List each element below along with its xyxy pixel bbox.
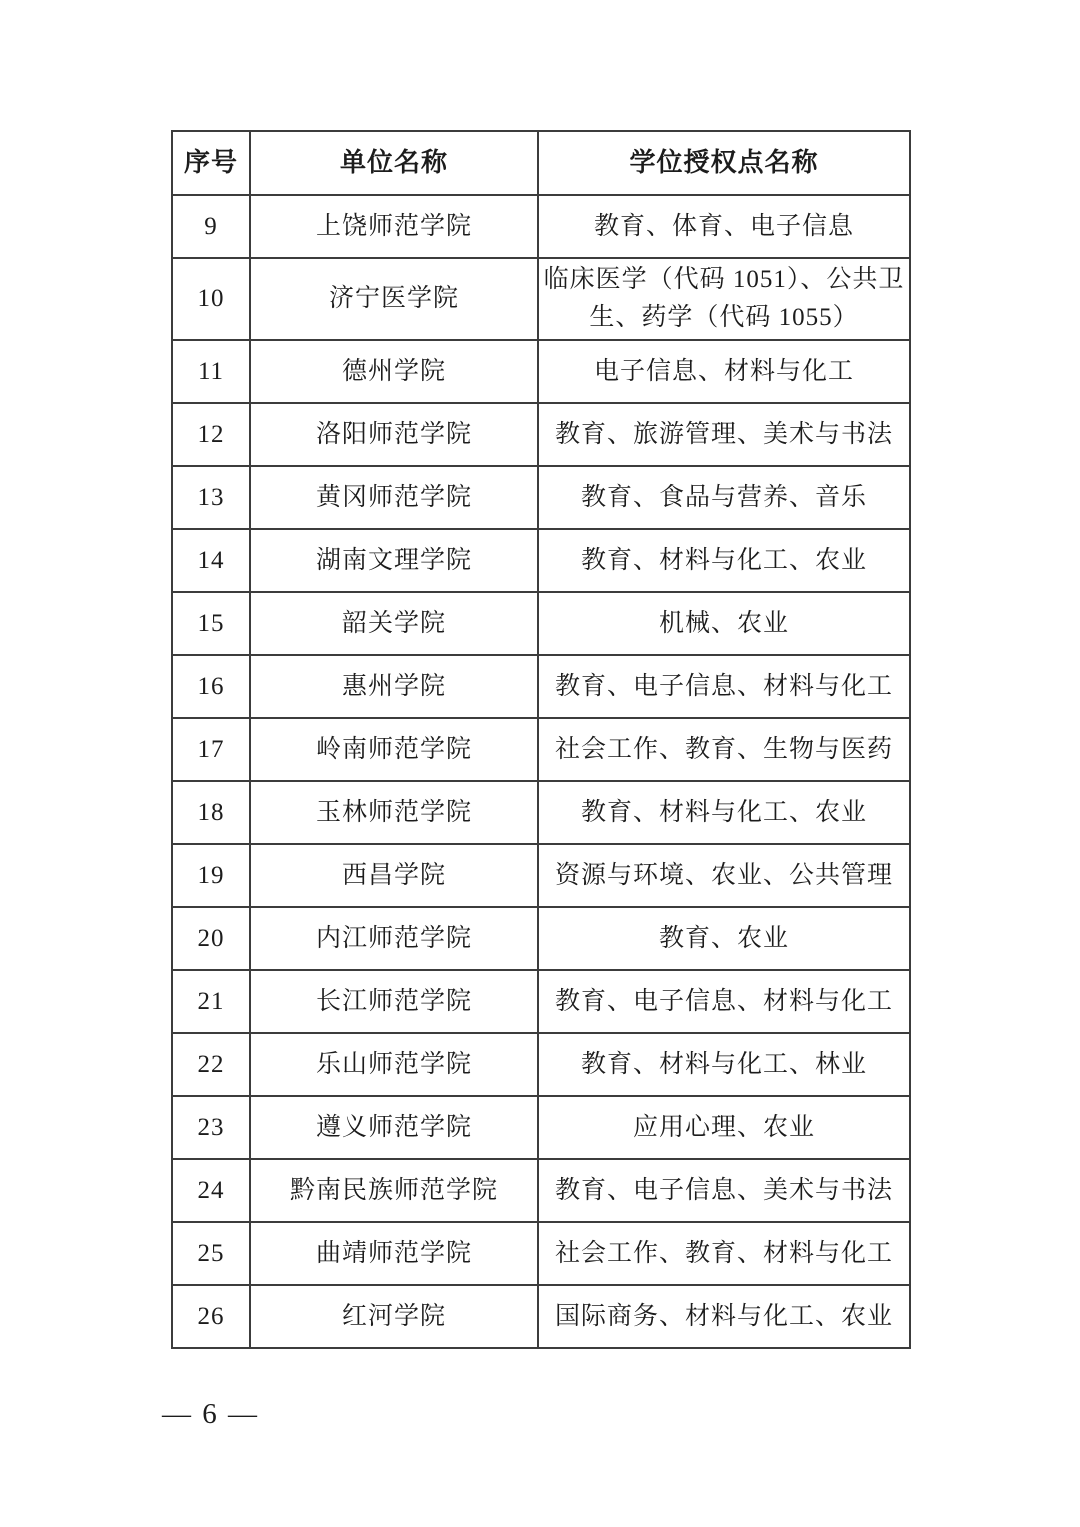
- degree-points-cell: 机械、农业: [538, 592, 910, 655]
- degree-authorization-table: 序号 单位名称 学位授权点名称 9 上饶师范学院 教育、体育、电子信息 10 济…: [171, 130, 911, 1349]
- unit-name-cell: 遵义师范学院: [250, 1096, 538, 1159]
- table-row: 12 洛阳师范学院 教育、旅游管理、美术与书法: [172, 403, 910, 466]
- table-row: 20 内江师范学院 教育、农业: [172, 907, 910, 970]
- header-degree-point-name: 学位授权点名称: [538, 131, 910, 195]
- table-row: 17 岭南师范学院 社会工作、教育、生物与医药: [172, 718, 910, 781]
- unit-name-cell: 黄冈师范学院: [250, 466, 538, 529]
- row-number-cell: 25: [172, 1222, 250, 1285]
- header-serial-number: 序号: [172, 131, 250, 195]
- table-row: 14 湖南文理学院 教育、材料与化工、农业: [172, 529, 910, 592]
- table-row: 16 惠州学院 教育、电子信息、材料与化工: [172, 655, 910, 718]
- unit-name-cell: 西昌学院: [250, 844, 538, 907]
- table-row: 10 济宁医学院 临床医学（代码 1051）、公共卫生、药学（代码 1055）: [172, 258, 910, 340]
- degree-points-cell: 应用心理、农业: [538, 1096, 910, 1159]
- row-number-cell: 22: [172, 1033, 250, 1096]
- table-row: 22 乐山师范学院 教育、材料与化工、林业: [172, 1033, 910, 1096]
- table-row: 11 德州学院 电子信息、材料与化工: [172, 340, 910, 403]
- row-number-cell: 26: [172, 1285, 250, 1348]
- unit-name-cell: 韶关学院: [250, 592, 538, 655]
- degree-points-cell: 社会工作、教育、材料与化工: [538, 1222, 910, 1285]
- unit-name-cell: 上饶师范学院: [250, 195, 538, 258]
- row-number-cell: 10: [172, 258, 250, 340]
- degree-points-cell: 教育、农业: [538, 907, 910, 970]
- unit-name-cell: 乐山师范学院: [250, 1033, 538, 1096]
- table-row: 26 红河学院 国际商务、材料与化工、农业: [172, 1285, 910, 1348]
- table-row: 24 黔南民族师范学院 教育、电子信息、美术与书法: [172, 1159, 910, 1222]
- unit-name-cell: 湖南文理学院: [250, 529, 538, 592]
- degree-points-cell: 国际商务、材料与化工、农业: [538, 1285, 910, 1348]
- document-page: 序号 单位名称 学位授权点名称 9 上饶师范学院 教育、体育、电子信息 10 济…: [0, 0, 1080, 1527]
- unit-name-cell: 玉林师范学院: [250, 781, 538, 844]
- row-number-cell: 24: [172, 1159, 250, 1222]
- table-row: 13 黄冈师范学院 教育、食品与营养、音乐: [172, 466, 910, 529]
- unit-name-cell: 曲靖师范学院: [250, 1222, 538, 1285]
- unit-name-cell: 长江师范学院: [250, 970, 538, 1033]
- unit-name-cell: 惠州学院: [250, 655, 538, 718]
- degree-points-cell: 社会工作、教育、生物与医药: [538, 718, 910, 781]
- table-row: 25 曲靖师范学院 社会工作、教育、材料与化工: [172, 1222, 910, 1285]
- degree-points-cell: 教育、旅游管理、美术与书法: [538, 403, 910, 466]
- row-number-cell: 17: [172, 718, 250, 781]
- table-row: 21 长江师范学院 教育、电子信息、材料与化工: [172, 970, 910, 1033]
- degree-points-cell: 教育、材料与化工、农业: [538, 781, 910, 844]
- row-number-cell: 9: [172, 195, 250, 258]
- table-row: 15 韶关学院 机械、农业: [172, 592, 910, 655]
- row-number-cell: 19: [172, 844, 250, 907]
- table-row: 19 西昌学院 资源与环境、农业、公共管理: [172, 844, 910, 907]
- degree-points-cell: 临床医学（代码 1051）、公共卫生、药学（代码 1055）: [538, 258, 910, 340]
- table-row: 23 遵义师范学院 应用心理、农业: [172, 1096, 910, 1159]
- row-number-cell: 11: [172, 340, 250, 403]
- unit-name-cell: 德州学院: [250, 340, 538, 403]
- degree-points-cell: 教育、体育、电子信息: [538, 195, 910, 258]
- row-number-cell: 18: [172, 781, 250, 844]
- degree-points-cell: 电子信息、材料与化工: [538, 340, 910, 403]
- degree-points-cell: 教育、食品与营养、音乐: [538, 466, 910, 529]
- unit-name-cell: 济宁医学院: [250, 258, 538, 340]
- degree-points-cell: 教育、材料与化工、农业: [538, 529, 910, 592]
- row-number-cell: 20: [172, 907, 250, 970]
- row-number-cell: 13: [172, 466, 250, 529]
- row-number-cell: 12: [172, 403, 250, 466]
- table-header-row: 序号 单位名称 学位授权点名称: [172, 131, 910, 195]
- degree-points-cell: 资源与环境、农业、公共管理: [538, 844, 910, 907]
- unit-name-cell: 黔南民族师范学院: [250, 1159, 538, 1222]
- row-number-cell: 23: [172, 1096, 250, 1159]
- header-unit-name: 单位名称: [250, 131, 538, 195]
- unit-name-cell: 红河学院: [250, 1285, 538, 1348]
- degree-points-cell: 教育、材料与化工、林业: [538, 1033, 910, 1096]
- row-number-cell: 14: [172, 529, 250, 592]
- unit-name-cell: 内江师范学院: [250, 907, 538, 970]
- footer-page-number: — 6 —: [162, 1398, 259, 1431]
- degree-points-cell: 教育、电子信息、材料与化工: [538, 970, 910, 1033]
- unit-name-cell: 岭南师范学院: [250, 718, 538, 781]
- row-number-cell: 21: [172, 970, 250, 1033]
- row-number-cell: 16: [172, 655, 250, 718]
- table-row: 9 上饶师范学院 教育、体育、电子信息: [172, 195, 910, 258]
- unit-name-cell: 洛阳师范学院: [250, 403, 538, 466]
- degree-points-cell: 教育、电子信息、材料与化工: [538, 655, 910, 718]
- table-row: 18 玉林师范学院 教育、材料与化工、农业: [172, 781, 910, 844]
- degree-points-cell: 教育、电子信息、美术与书法: [538, 1159, 910, 1222]
- row-number-cell: 15: [172, 592, 250, 655]
